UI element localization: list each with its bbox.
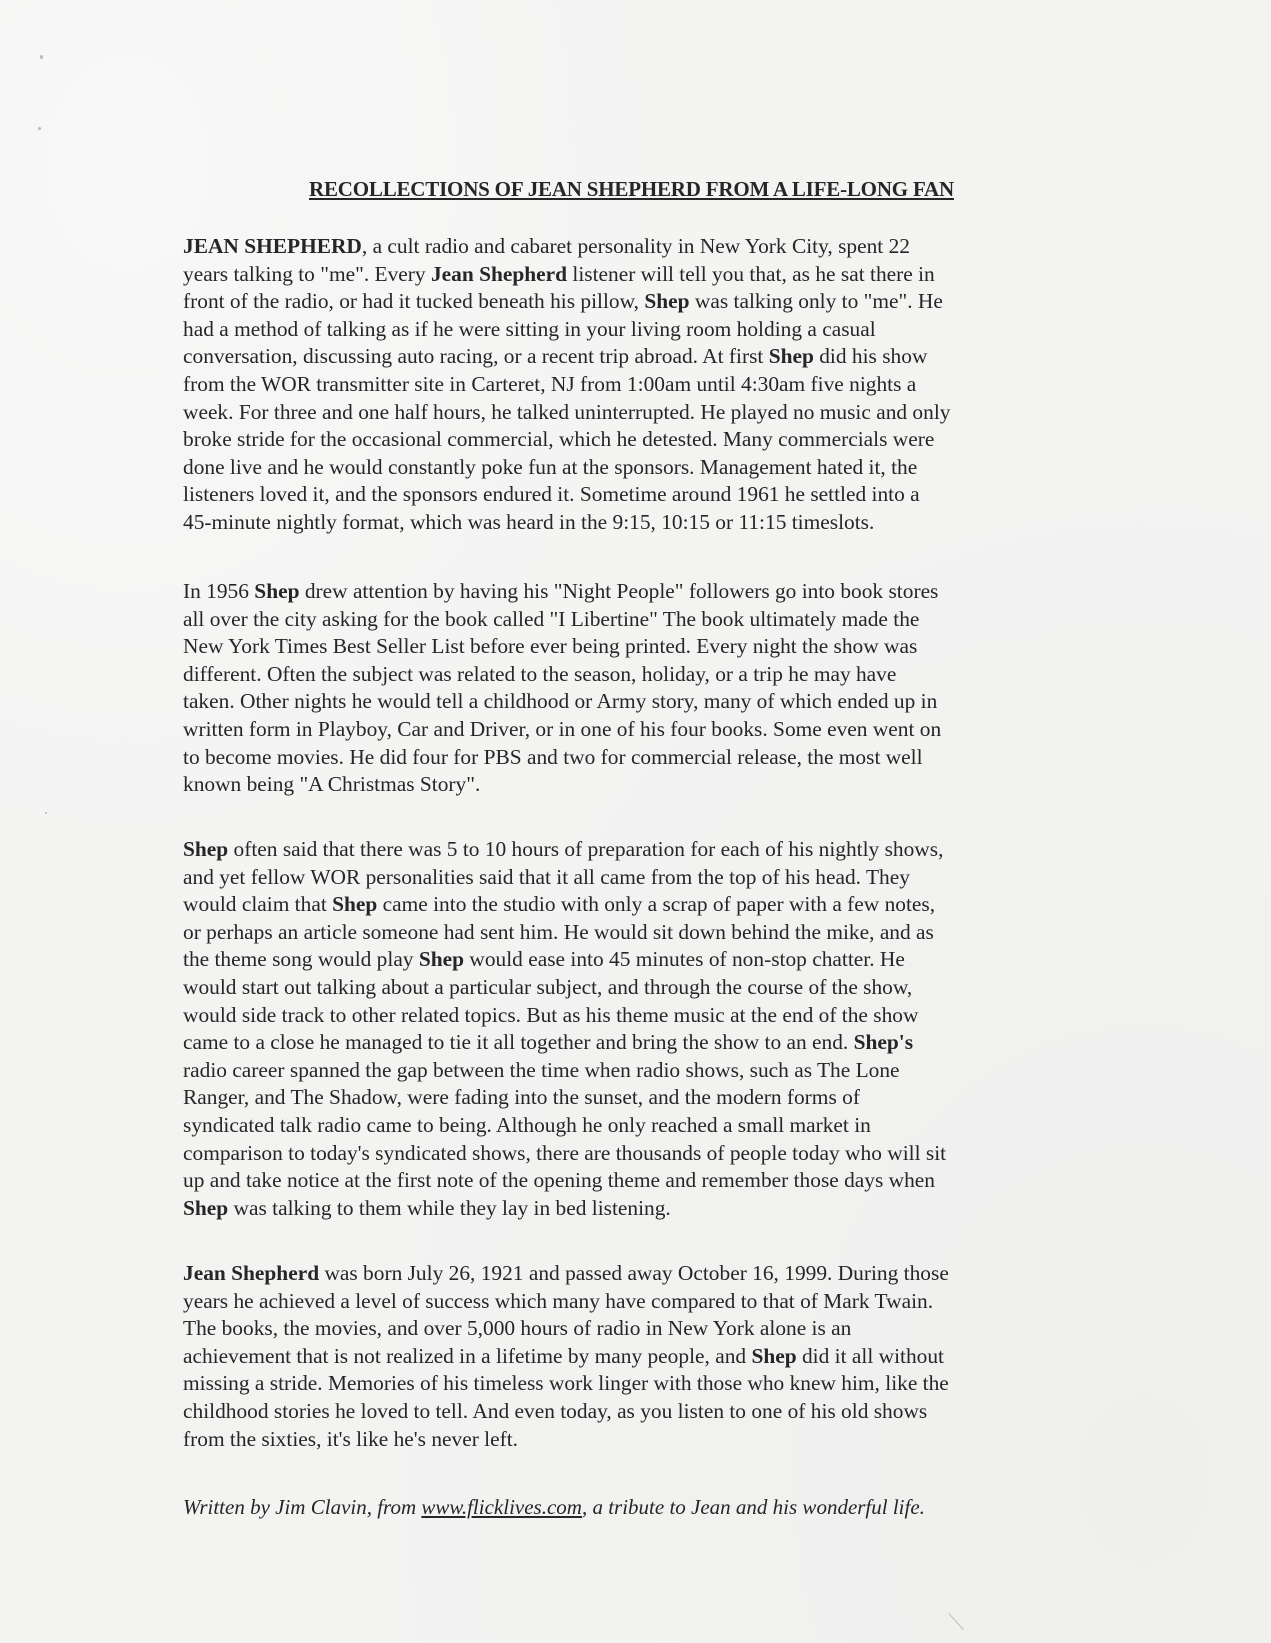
text-line: written form in Playboy, Car and Driver,…	[183, 716, 1088, 744]
text-run: The books, the movies, and over 5,000 ho…	[183, 1316, 851, 1340]
flicklives-link[interactable]: www.flicklives.com	[421, 1495, 582, 1519]
text-run: did his show	[814, 344, 928, 368]
text-run: would claim that	[183, 892, 332, 916]
text-line: broke stride for the occasional commerci…	[183, 426, 1088, 454]
credit-prefix: Written by Jim Clavin, from	[183, 1495, 421, 1519]
text-line: New York Times Best Seller List before e…	[183, 633, 1088, 661]
text-run: would side track to other related topics…	[183, 1003, 918, 1027]
text-run: Ranger, and The Shadow, were fading into…	[183, 1085, 860, 1109]
text-run: came to a close he managed to tie it all…	[183, 1030, 854, 1054]
bold-name: Jean Shepherd	[183, 1261, 319, 1285]
text-run: up and take notice at the first note of …	[183, 1168, 935, 1192]
text-run: , a cult radio and cabaret personality i…	[362, 234, 910, 258]
scanned-page: RECOLLECTIONS OF JEAN SHEPHERD FROM A LI…	[0, 0, 1271, 1643]
text-line: achievement that is not realized in a li…	[183, 1343, 1088, 1371]
bold-name: JEAN SHEPHERD	[183, 234, 362, 258]
text-line: conversation, discussing auto racing, or…	[183, 343, 1088, 371]
text-line: syndicated talk radio came to being. Alt…	[183, 1112, 1088, 1140]
text-run: conversation, discussing auto racing, or…	[183, 344, 769, 368]
text-line: all over the city asking for the book ca…	[183, 606, 1088, 634]
text-run: would ease into 45 minutes of non-stop c…	[464, 947, 905, 971]
text-run: radio career spanned the gap between the…	[183, 1058, 900, 1082]
bold-name: Shep	[183, 837, 228, 861]
bold-name: Shep	[751, 1344, 796, 1368]
text-line: would start out talking about a particul…	[183, 974, 1088, 1002]
text-run: years talking to "me". Every	[183, 262, 431, 286]
text-line: week. For three and one half hours, he t…	[183, 399, 1088, 427]
text-run: missing a stride. Memories of his timele…	[183, 1371, 949, 1395]
text-line: Shep often said that there was 5 to 10 h…	[183, 836, 1088, 864]
text-run: came into the studio with only a scrap o…	[377, 892, 935, 916]
text-run: New York Times Best Seller List before e…	[183, 634, 917, 658]
text-line: and yet fellow WOR personalities said th…	[183, 864, 1088, 892]
text-line: childhood stories he loved to tell. And …	[183, 1398, 1088, 1426]
text-run: was born July 26, 1921 and passed away O…	[319, 1261, 949, 1285]
text-run: or perhaps an article someone had sent h…	[183, 920, 934, 944]
bold-name: Shep	[332, 892, 377, 916]
text-line: comparison to today's syndicated shows, …	[183, 1140, 1088, 1168]
text-line: different. Often the subject was related…	[183, 661, 1088, 689]
text-line: would claim that Shep came into the stud…	[183, 891, 1088, 919]
text-run: written form in Playboy, Car and Driver,…	[183, 717, 941, 741]
bold-name: Shep	[644, 289, 689, 313]
text-line: listeners loved it, and the sponsors end…	[183, 481, 1088, 509]
paper-speck	[40, 55, 43, 59]
text-run: done live and he would constantly poke f…	[183, 455, 917, 479]
text-run: childhood stories he loved to tell. And …	[183, 1399, 927, 1423]
text-line: came to a close he managed to tie it all…	[183, 1029, 1088, 1057]
text-line: done live and he would constantly poke f…	[183, 454, 1088, 482]
text-run: listeners loved it, and the sponsors end…	[183, 482, 920, 506]
text-run: achievement that is not realized in a li…	[183, 1344, 751, 1368]
text-line: the theme song would play Shep would eas…	[183, 946, 1088, 974]
paragraph-intro: JEAN SHEPHERD, a cult radio and cabaret …	[183, 233, 1088, 537]
text-run: comparison to today's syndicated shows, …	[183, 1141, 946, 1165]
bold-name: Shep	[183, 1196, 228, 1220]
text-run: 45-minute nightly format, which was hear…	[183, 510, 874, 534]
text-run: from the WOR transmitter site in Cartere…	[183, 372, 916, 396]
text-run: syndicated talk radio came to being. Alt…	[183, 1113, 871, 1137]
text-run: did it all without	[797, 1344, 944, 1368]
text-run: had a method of talking as if he were si…	[183, 317, 876, 341]
paper-speck	[38, 127, 41, 130]
text-line: from the WOR transmitter site in Cartere…	[183, 371, 1088, 399]
text-line: front of the radio, or had it tucked ben…	[183, 288, 1088, 316]
paragraph-i-libertine: In 1956 Shep drew attention by having hi…	[183, 578, 1088, 799]
text-run: all over the city asking for the book ca…	[183, 607, 919, 631]
text-run: and yet fellow WOR personalities said th…	[183, 865, 910, 889]
text-line: to become movies. He did four for PBS an…	[183, 744, 1088, 772]
text-run: years he achieved a level of success whi…	[183, 1289, 933, 1313]
text-line: Shep was talking to them while they lay …	[183, 1195, 1088, 1223]
text-line: years talking to "me". Every Jean Shephe…	[183, 261, 1088, 289]
text-line: 45-minute nightly format, which was hear…	[183, 509, 1088, 537]
text-line: years he achieved a level of success whi…	[183, 1288, 1088, 1316]
bold-name: Jean Shepherd	[431, 262, 567, 286]
author-credit: Written by Jim Clavin, from www.flickliv…	[183, 1495, 925, 1520]
paragraph-preparation: Shep often said that there was 5 to 10 h…	[183, 836, 1088, 1222]
text-line: Jean Shepherd was born July 26, 1921 and…	[183, 1260, 1088, 1288]
text-run: front of the radio, or had it tucked ben…	[183, 289, 644, 313]
text-line: JEAN SHEPHERD, a cult radio and cabaret …	[183, 233, 1088, 261]
text-run: broke stride for the occasional commerci…	[183, 427, 934, 451]
text-line: The books, the movies, and over 5,000 ho…	[183, 1315, 1088, 1343]
text-line: missing a stride. Memories of his timele…	[183, 1370, 1088, 1398]
text-run: taken. Other nights he would tell a chil…	[183, 689, 937, 713]
text-line: had a method of talking as if he were si…	[183, 316, 1088, 344]
text-line: would side track to other related topics…	[183, 1002, 1088, 1030]
text-line: or perhaps an article someone had sent h…	[183, 919, 1088, 947]
paper-crease	[948, 1613, 963, 1630]
text-run: would start out talking about a particul…	[183, 975, 912, 999]
text-run: listener will tell you that, as he sat t…	[567, 262, 935, 286]
text-line: In 1956 Shep drew attention by having hi…	[183, 578, 1088, 606]
text-line: radio career spanned the gap between the…	[183, 1057, 1088, 1085]
text-run: week. For three and one half hours, he t…	[183, 400, 950, 424]
text-run: the theme song would play	[183, 947, 419, 971]
bold-name: Shep	[254, 579, 299, 603]
text-line: taken. Other nights he would tell a chil…	[183, 688, 1088, 716]
bold-name: Shep	[769, 344, 814, 368]
text-run: known being "A Christmas Story".	[183, 772, 480, 796]
text-run: often said that there was 5 to 10 hours …	[228, 837, 943, 861]
text-run: from the sixties, it's like he's never l…	[183, 1427, 518, 1451]
document-title: RECOLLECTIONS OF JEAN SHEPHERD FROM A LI…	[0, 177, 1267, 202]
bold-name: Shep	[419, 947, 464, 971]
text-line: up and take notice at the first note of …	[183, 1167, 1088, 1195]
text-run: different. Often the subject was related…	[183, 662, 896, 686]
paper-speck	[45, 812, 47, 814]
credit-suffix: , a tribute to Jean and his wonderful li…	[582, 1495, 925, 1519]
text-run: was talking to them while they lay in be…	[228, 1196, 671, 1220]
paragraph-biography: Jean Shepherd was born July 26, 1921 and…	[183, 1260, 1088, 1453]
text-run: to become movies. He did four for PBS an…	[183, 745, 923, 769]
text-line: Ranger, and The Shadow, were fading into…	[183, 1084, 1088, 1112]
text-run: drew attention by having his "Night Peop…	[299, 579, 938, 603]
text-line: known being "A Christmas Story".	[183, 771, 1088, 799]
text-run: In 1956	[183, 579, 254, 603]
text-run: was talking only to "me". He	[690, 289, 943, 313]
text-line: from the sixties, it's like he's never l…	[183, 1426, 1088, 1454]
bold-name: Shep's	[854, 1030, 913, 1054]
